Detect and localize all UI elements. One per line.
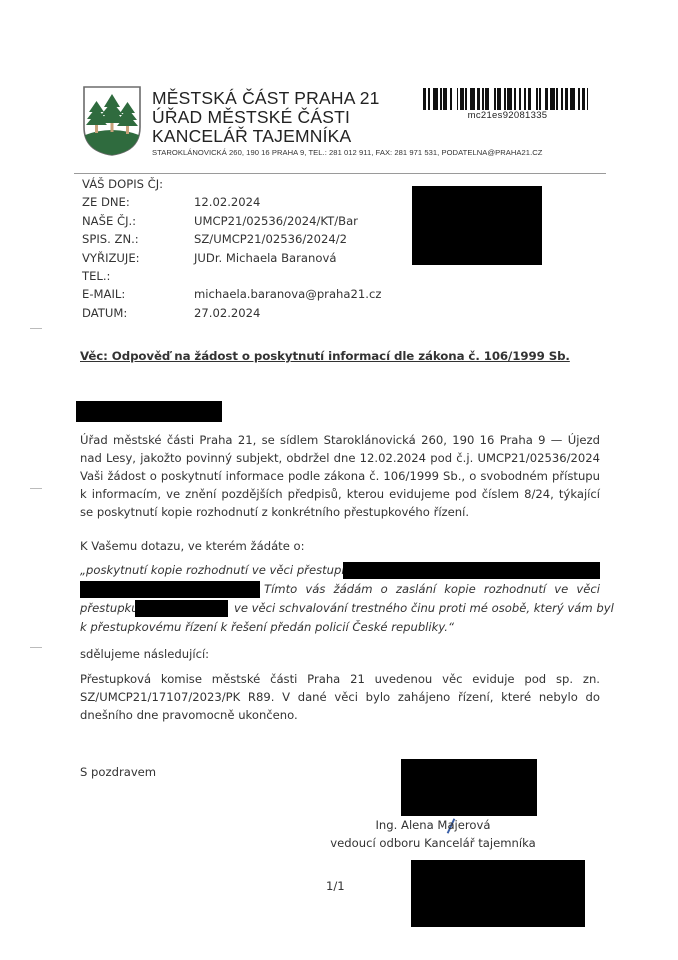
- fold-mark: [30, 328, 42, 329]
- meta-label: ZE DNE:: [82, 193, 130, 211]
- greeting: S pozdravem: [80, 763, 156, 781]
- meta-value: michaela.baranova@praha21.cz: [194, 285, 381, 303]
- redacted-signature: [401, 759, 537, 816]
- quote-line-3-end: ve věci schvalování trestného činu proti…: [234, 599, 614, 618]
- answer-line: SZ/UMCP21/17107/2023/PK R89. V dané věci…: [80, 688, 600, 706]
- header-divider: [74, 173, 606, 174]
- quote-line-2: Tímto vás žádám o zaslání kopie rozhodnu…: [264, 580, 600, 599]
- meta-label: SPIS. ZN.:: [82, 230, 139, 248]
- meta-value: UMCP21/02536/2024/KT/Bar: [194, 212, 358, 230]
- quote-line-4: k přestupkovému řízení k řešení předán p…: [80, 618, 454, 637]
- meta-value: 27.02.2024: [194, 304, 260, 322]
- redacted-offense-detail-continued: [80, 581, 260, 598]
- barcode-icon: [423, 88, 592, 110]
- quote-line-1: „poskytnutí kopie rozhodnutí ve věci pře…: [80, 561, 355, 580]
- redacted-salutation: [76, 401, 222, 422]
- meta-label: E-MAIL:: [82, 285, 125, 303]
- office-name: ÚŘAD MĚSTSKÉ ČÁSTI: [152, 107, 350, 127]
- redacted-offense-detail: [343, 562, 600, 579]
- department-name: KANCELÁŘ TAJEMNÍKA: [152, 126, 351, 146]
- answer-last-line: dnešního dne pravomocně ukončeno.: [80, 706, 600, 724]
- signatory-title: vedoucí odboru Kancelář tajemníka: [330, 836, 536, 850]
- quoted-request: „poskytnutí kopie rozhodnutí ve věci pře…: [80, 561, 600, 641]
- subject-line: Věc: Odpověď na žádost o poskytnutí info…: [80, 349, 570, 363]
- meta-value: SZ/UMCP21/02536/2024/2: [194, 230, 347, 248]
- meta-label: VYŘIZUJE:: [82, 249, 140, 267]
- fold-mark: [30, 647, 42, 648]
- quote-line-3-start: přestupku: [80, 599, 139, 618]
- intro-paragraph: Úřad městské části Praha 21, se sídlem S…: [80, 431, 600, 521]
- org-address: STAROKLÁNOVICKÁ 260, 190 16 PRAHA 9, TEL…: [152, 148, 542, 157]
- meta-label: TEL.:: [82, 267, 110, 285]
- barcode-number: mc21es92081335: [423, 110, 592, 121]
- meta-value: 12.02.2024: [194, 193, 260, 211]
- query-intro: K Vašemu dotazu, ve kterém žádáte o:: [80, 537, 305, 555]
- intro-line: Úřad městské části Praha 21, se sídlem S…: [80, 431, 600, 449]
- answer-intro: sdělujeme následující:: [80, 645, 209, 663]
- redacted-stamp: [411, 860, 585, 927]
- meta-label: DATUM:: [82, 304, 127, 322]
- org-name: MĚSTSKÁ ČÁST PRAHA 21: [152, 88, 380, 108]
- answer-paragraph: Přestupková komise městské části Praha 2…: [80, 670, 600, 724]
- answer-line: Přestupková komise městské části Praha 2…: [80, 670, 600, 688]
- meta-label: VÁŠ DOPIS ČJ:: [82, 175, 163, 193]
- intro-line: k informacím, ve znění pozdějších předpi…: [80, 485, 600, 503]
- intro-last-line: se poskytnutí kopie rozhodnutí z konkrét…: [80, 503, 600, 521]
- coat-of-arms-icon: [82, 85, 142, 157]
- signatory-name: Ing. Alena Majerová: [330, 818, 536, 832]
- meta-label: NAŠE ČJ.:: [82, 212, 136, 230]
- meta-value: JUDr. Michaela Baranová: [194, 249, 336, 267]
- redacted-offense-id: [135, 600, 228, 617]
- redacted-recipient-address: [412, 186, 542, 265]
- intro-line: nad Lesy, jakožto povinný subjekt, obdrž…: [80, 449, 600, 467]
- fold-mark: [30, 488, 42, 489]
- intro-line: Vaši žádost o poskytnutí informace podle…: [80, 467, 600, 485]
- page-number: 1/1: [326, 879, 345, 893]
